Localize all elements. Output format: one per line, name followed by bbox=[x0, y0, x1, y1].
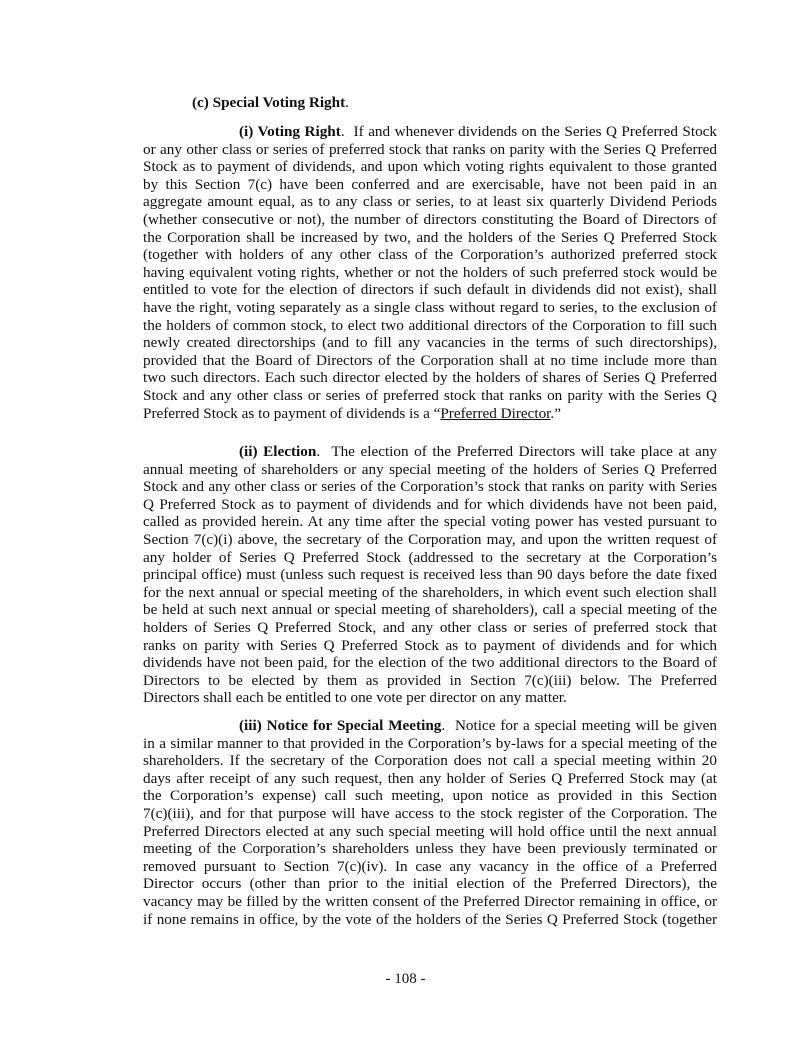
text-line: dividends have not been paid, for the el… bbox=[143, 654, 717, 672]
paragraph-notice-special-meeting: (iii) Notice for Special Meeting. Notice… bbox=[143, 717, 717, 928]
text-line: annual meeting of shareholders or any sp… bbox=[143, 461, 717, 479]
defined-term-preferred-director: Preferred Director bbox=[440, 405, 550, 422]
text-line: meeting of the Corporation’s shareholder… bbox=[143, 840, 717, 858]
text-line: by this Section 7(c) have been conferred… bbox=[143, 176, 717, 194]
text-line: ranks on parity with Series Q Preferred … bbox=[143, 637, 717, 655]
text-line: called as provided herein. At any time a… bbox=[143, 513, 717, 531]
text-line: Directors to be elected by them as provi… bbox=[143, 672, 717, 690]
text-line: days after receipt of any such request, … bbox=[143, 770, 717, 788]
text-line: Stock as to payment of dividends, and up… bbox=[143, 158, 717, 176]
text-line: in a similar manner to that provided in … bbox=[143, 735, 717, 753]
text-line: the holders of common stock, to elect tw… bbox=[143, 317, 717, 335]
text-line: aggregate amount equal, as to any class … bbox=[143, 193, 717, 211]
text-line: Directors shall each be entitled to one … bbox=[143, 689, 717, 707]
text-line: having equivalent voting rights, whether… bbox=[143, 264, 717, 282]
text-line: if none remains in office, by the vote o… bbox=[143, 911, 717, 929]
text-line: removed pursuant to Section 7(c)(iv). In… bbox=[143, 858, 717, 876]
text-line: 7(c)(iii), and for that purpose will hav… bbox=[143, 805, 717, 823]
text-line: be held at such next annual or special m… bbox=[143, 601, 717, 619]
text-line: entitled to vote for the election of dir… bbox=[143, 281, 717, 299]
text-line: vacancy may be filled by the written con… bbox=[143, 893, 717, 911]
text-line: holders of Series Q Preferred Stock, and… bbox=[143, 619, 717, 637]
text-line: any holder of Series Q Preferred Stock (… bbox=[143, 549, 717, 567]
paragraph-first-line: (i) Voting Right. If and whenever divide… bbox=[143, 123, 717, 141]
text-line: Q Preferred Stock as to payment of divid… bbox=[143, 496, 717, 514]
text-line: Director occurs (other than prior to the… bbox=[143, 875, 717, 893]
subsection-label: (ii) Election bbox=[239, 443, 316, 460]
text-line: shareholders. If the secretary of the Co… bbox=[143, 752, 717, 770]
text-line: or any other class or series of preferre… bbox=[143, 141, 717, 159]
text-line: Preferred Directors elected at any such … bbox=[143, 823, 717, 841]
text-line: Stock and any other class or series of t… bbox=[143, 478, 717, 496]
text-line: the Corporation shall be increased by tw… bbox=[143, 229, 717, 247]
text-line: (whether consecutive or not), the number… bbox=[143, 211, 717, 229]
text-line: Preferred Stock as to payment of dividen… bbox=[143, 405, 717, 423]
text-line: for the next annual or special meeting o… bbox=[143, 584, 717, 602]
text-line: (together with holders of any other clas… bbox=[143, 246, 717, 264]
paragraph-voting-right: (i) Voting Right. If and whenever divide… bbox=[143, 123, 717, 422]
text-line: two such directors. Each such director e… bbox=[143, 369, 717, 387]
subsection-label: (iii) Notice for Special Meeting bbox=[239, 717, 441, 734]
text-line: newly created directorships (and to fill… bbox=[143, 334, 717, 352]
paragraph-first-line: (ii) Election. The election of the Prefe… bbox=[143, 443, 717, 461]
text-line: principal office) must (unless such requ… bbox=[143, 566, 717, 584]
text-line: Section 7(c)(i) above, the secretary of … bbox=[143, 531, 717, 549]
section-heading: (c) Special Voting Right. bbox=[192, 94, 349, 112]
subsection-label: (i) Voting Right bbox=[239, 123, 341, 140]
text-line: provided that the Board of Directors of … bbox=[143, 352, 717, 370]
paragraph-election: (ii) Election. The election of the Prefe… bbox=[143, 443, 717, 707]
document-page: (c) Special Voting Right. (i) Voting Rig… bbox=[0, 0, 811, 1050]
page-number: - 108 - bbox=[0, 971, 811, 988]
paragraph-first-line: (iii) Notice for Special Meeting. Notice… bbox=[143, 717, 717, 735]
section-heading-text: (c) Special Voting Right bbox=[192, 94, 345, 111]
text-line: Stock and any other class or series of p… bbox=[143, 387, 717, 405]
text-line: have the right, voting separately as a s… bbox=[143, 299, 717, 317]
text-line: the Corporation’s expense) call such mee… bbox=[143, 787, 717, 805]
